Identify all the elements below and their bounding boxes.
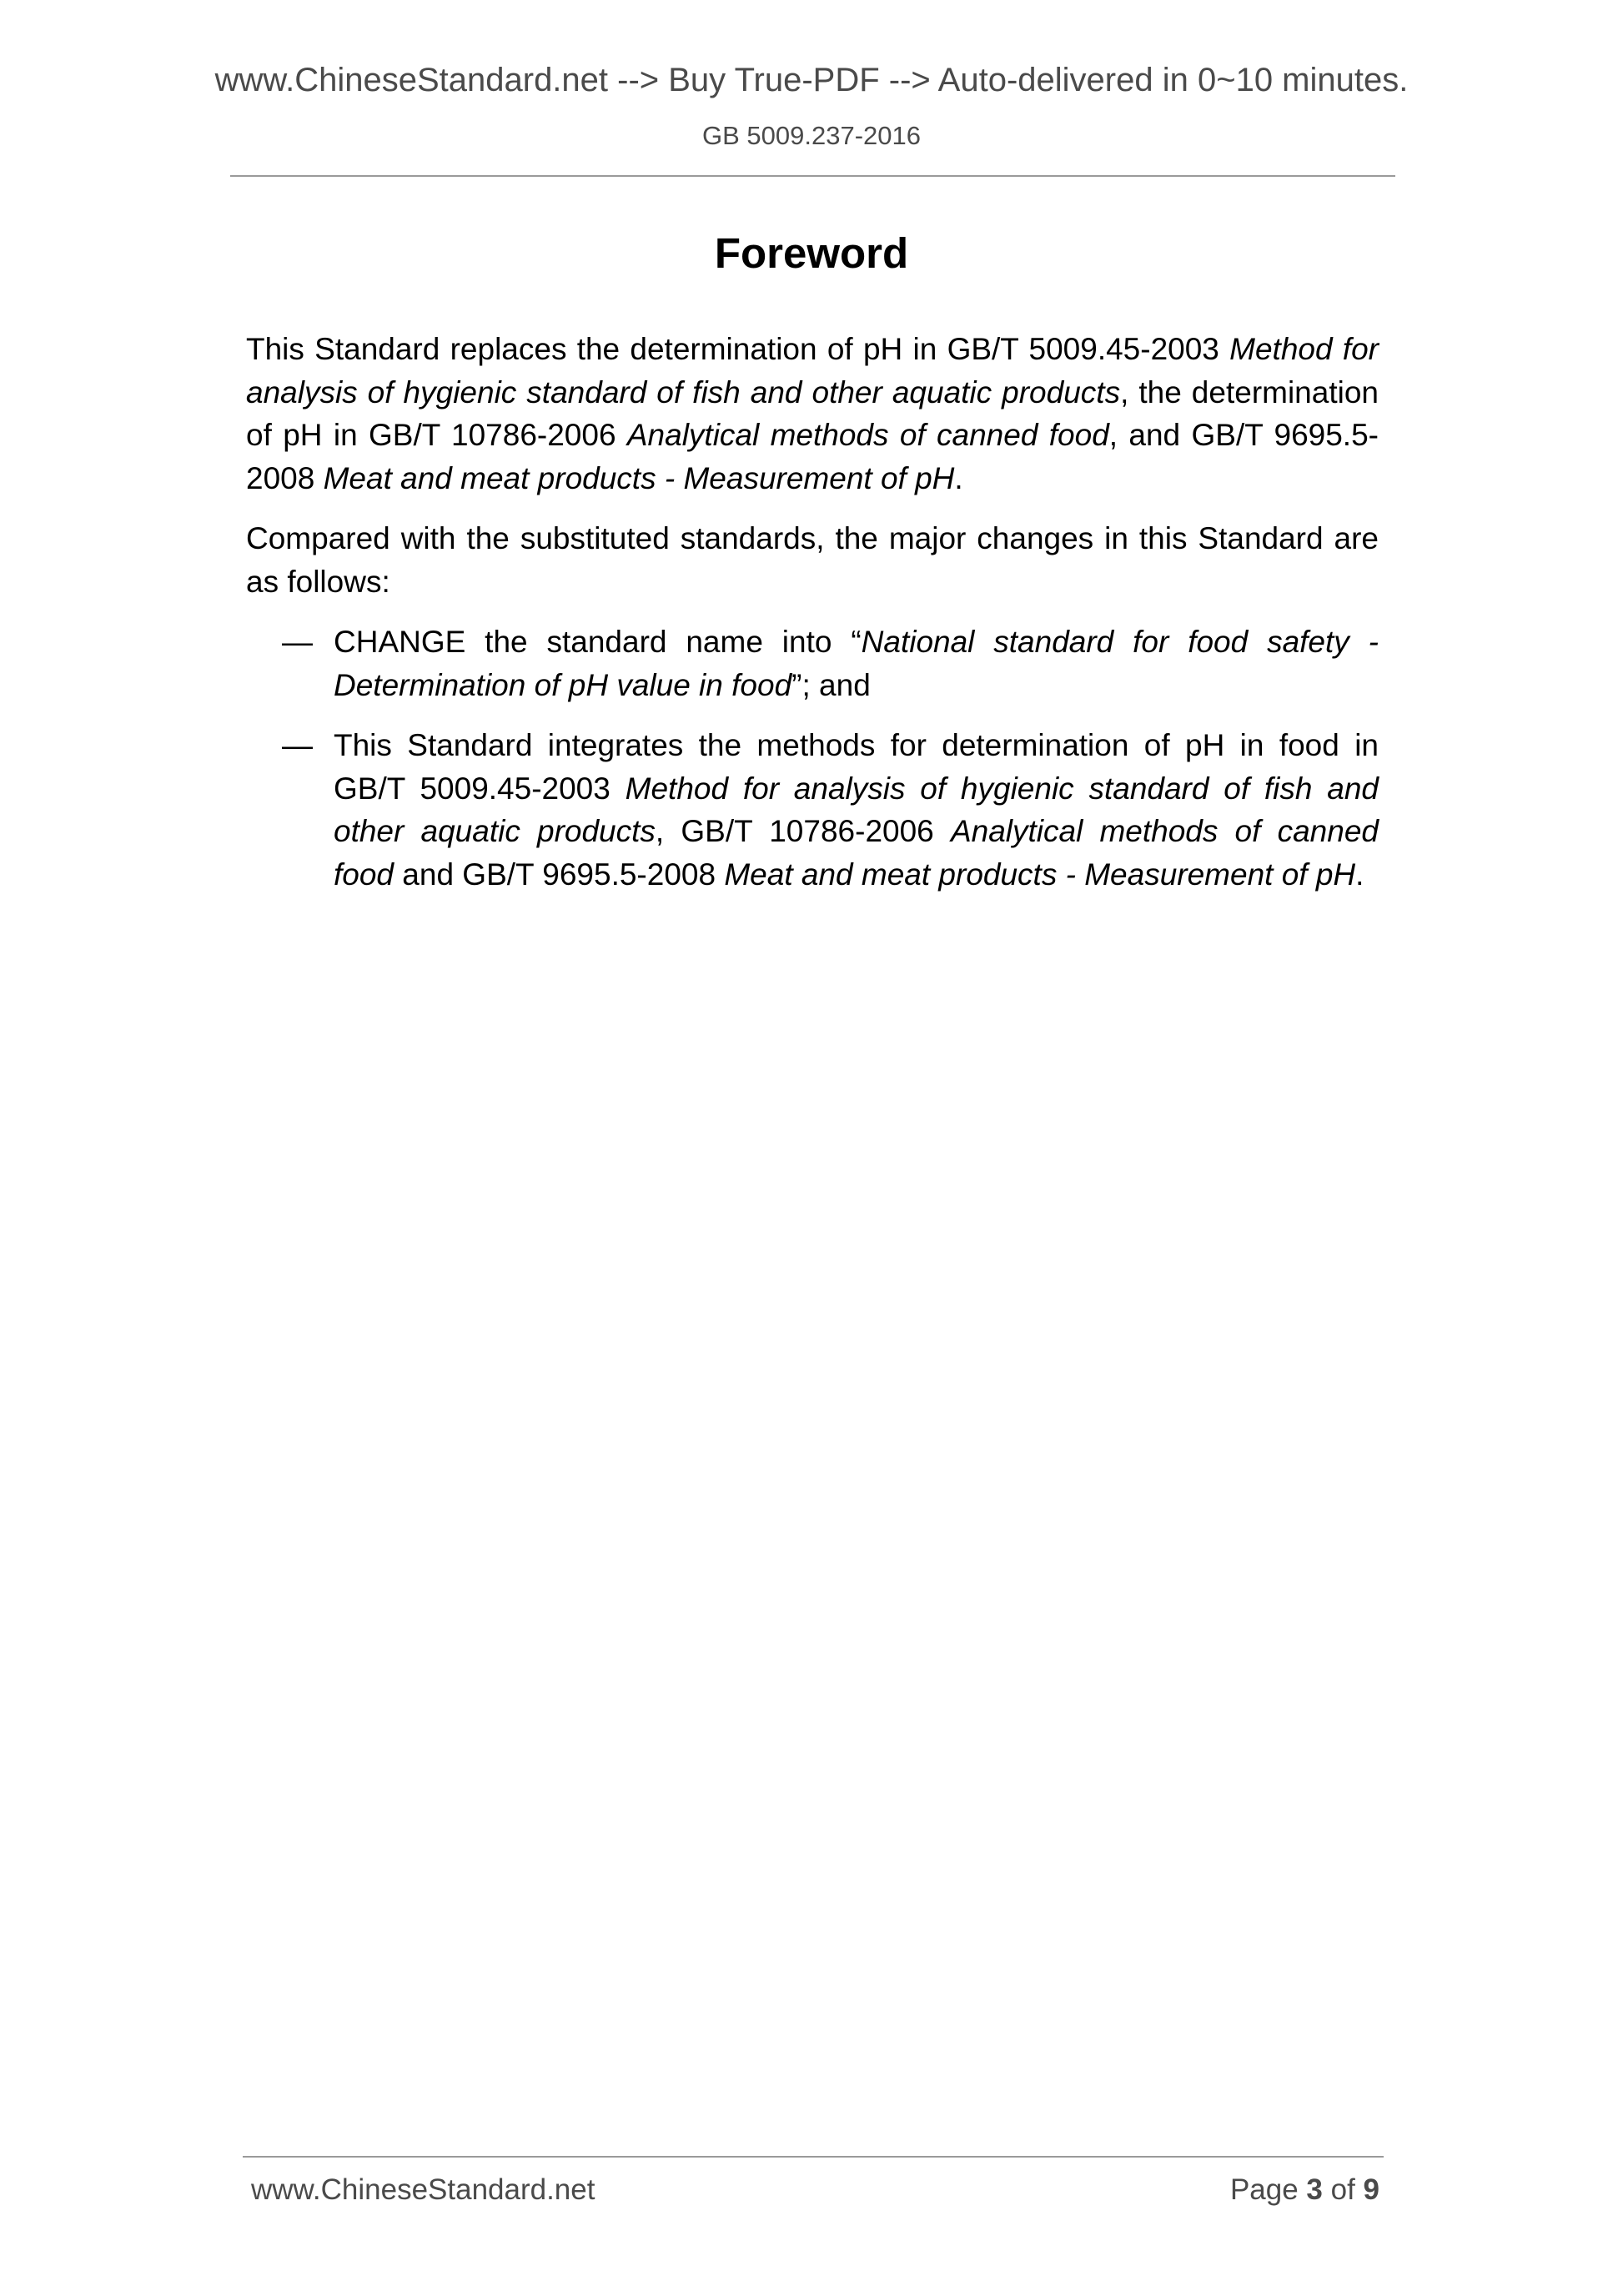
text-span: , GB/T 10786-2006 (656, 814, 951, 848)
current-page: 3 (1306, 2173, 1322, 2206)
standard-title: Meat and meat products - Measurement of … (724, 857, 1355, 892)
paragraph-changes-intro: Compared with the substituted standards,… (246, 517, 1379, 603)
standard-title: Analytical methods of canned food (627, 418, 1109, 452)
changes-list: —CHANGE the standard name into “National… (246, 620, 1379, 896)
text-span: . (1355, 857, 1364, 892)
text-span: ”; and (791, 668, 871, 702)
text-span: . (954, 461, 962, 495)
page-number: Page 3 of 9 (1230, 2175, 1379, 2204)
list-item: —CHANGE the standard name into “National… (246, 620, 1379, 706)
foreword-body: This Standard replaces the determination… (246, 328, 1379, 913)
paragraph-replacement: This Standard replaces the determination… (246, 328, 1379, 500)
total-pages: 9 (1364, 2173, 1379, 2206)
document-code: GB 5009.237-2016 (0, 123, 1623, 148)
header-divider (230, 175, 1395, 177)
list-item: —This Standard integrates the methods fo… (246, 724, 1379, 896)
page-label: Page (1230, 2173, 1306, 2206)
footer-site: www.ChineseStandard.net (251, 2175, 595, 2204)
text-span: This Standard replaces the determination… (246, 332, 1229, 366)
text-span: and GB/T 9695.5-2008 (394, 857, 724, 892)
page-of-label: of (1323, 2173, 1364, 2206)
top-banner: www.ChineseStandard.net --> Buy True-PDF… (0, 63, 1623, 97)
standard-title: Meat and meat products - Measurement of … (324, 461, 955, 495)
text-span: CHANGE the standard name into “ (334, 625, 862, 659)
page-title: Foreword (0, 232, 1623, 274)
dash-bullet: — (282, 724, 313, 767)
dash-bullet: — (282, 620, 313, 664)
footer-divider (243, 2156, 1384, 2158)
